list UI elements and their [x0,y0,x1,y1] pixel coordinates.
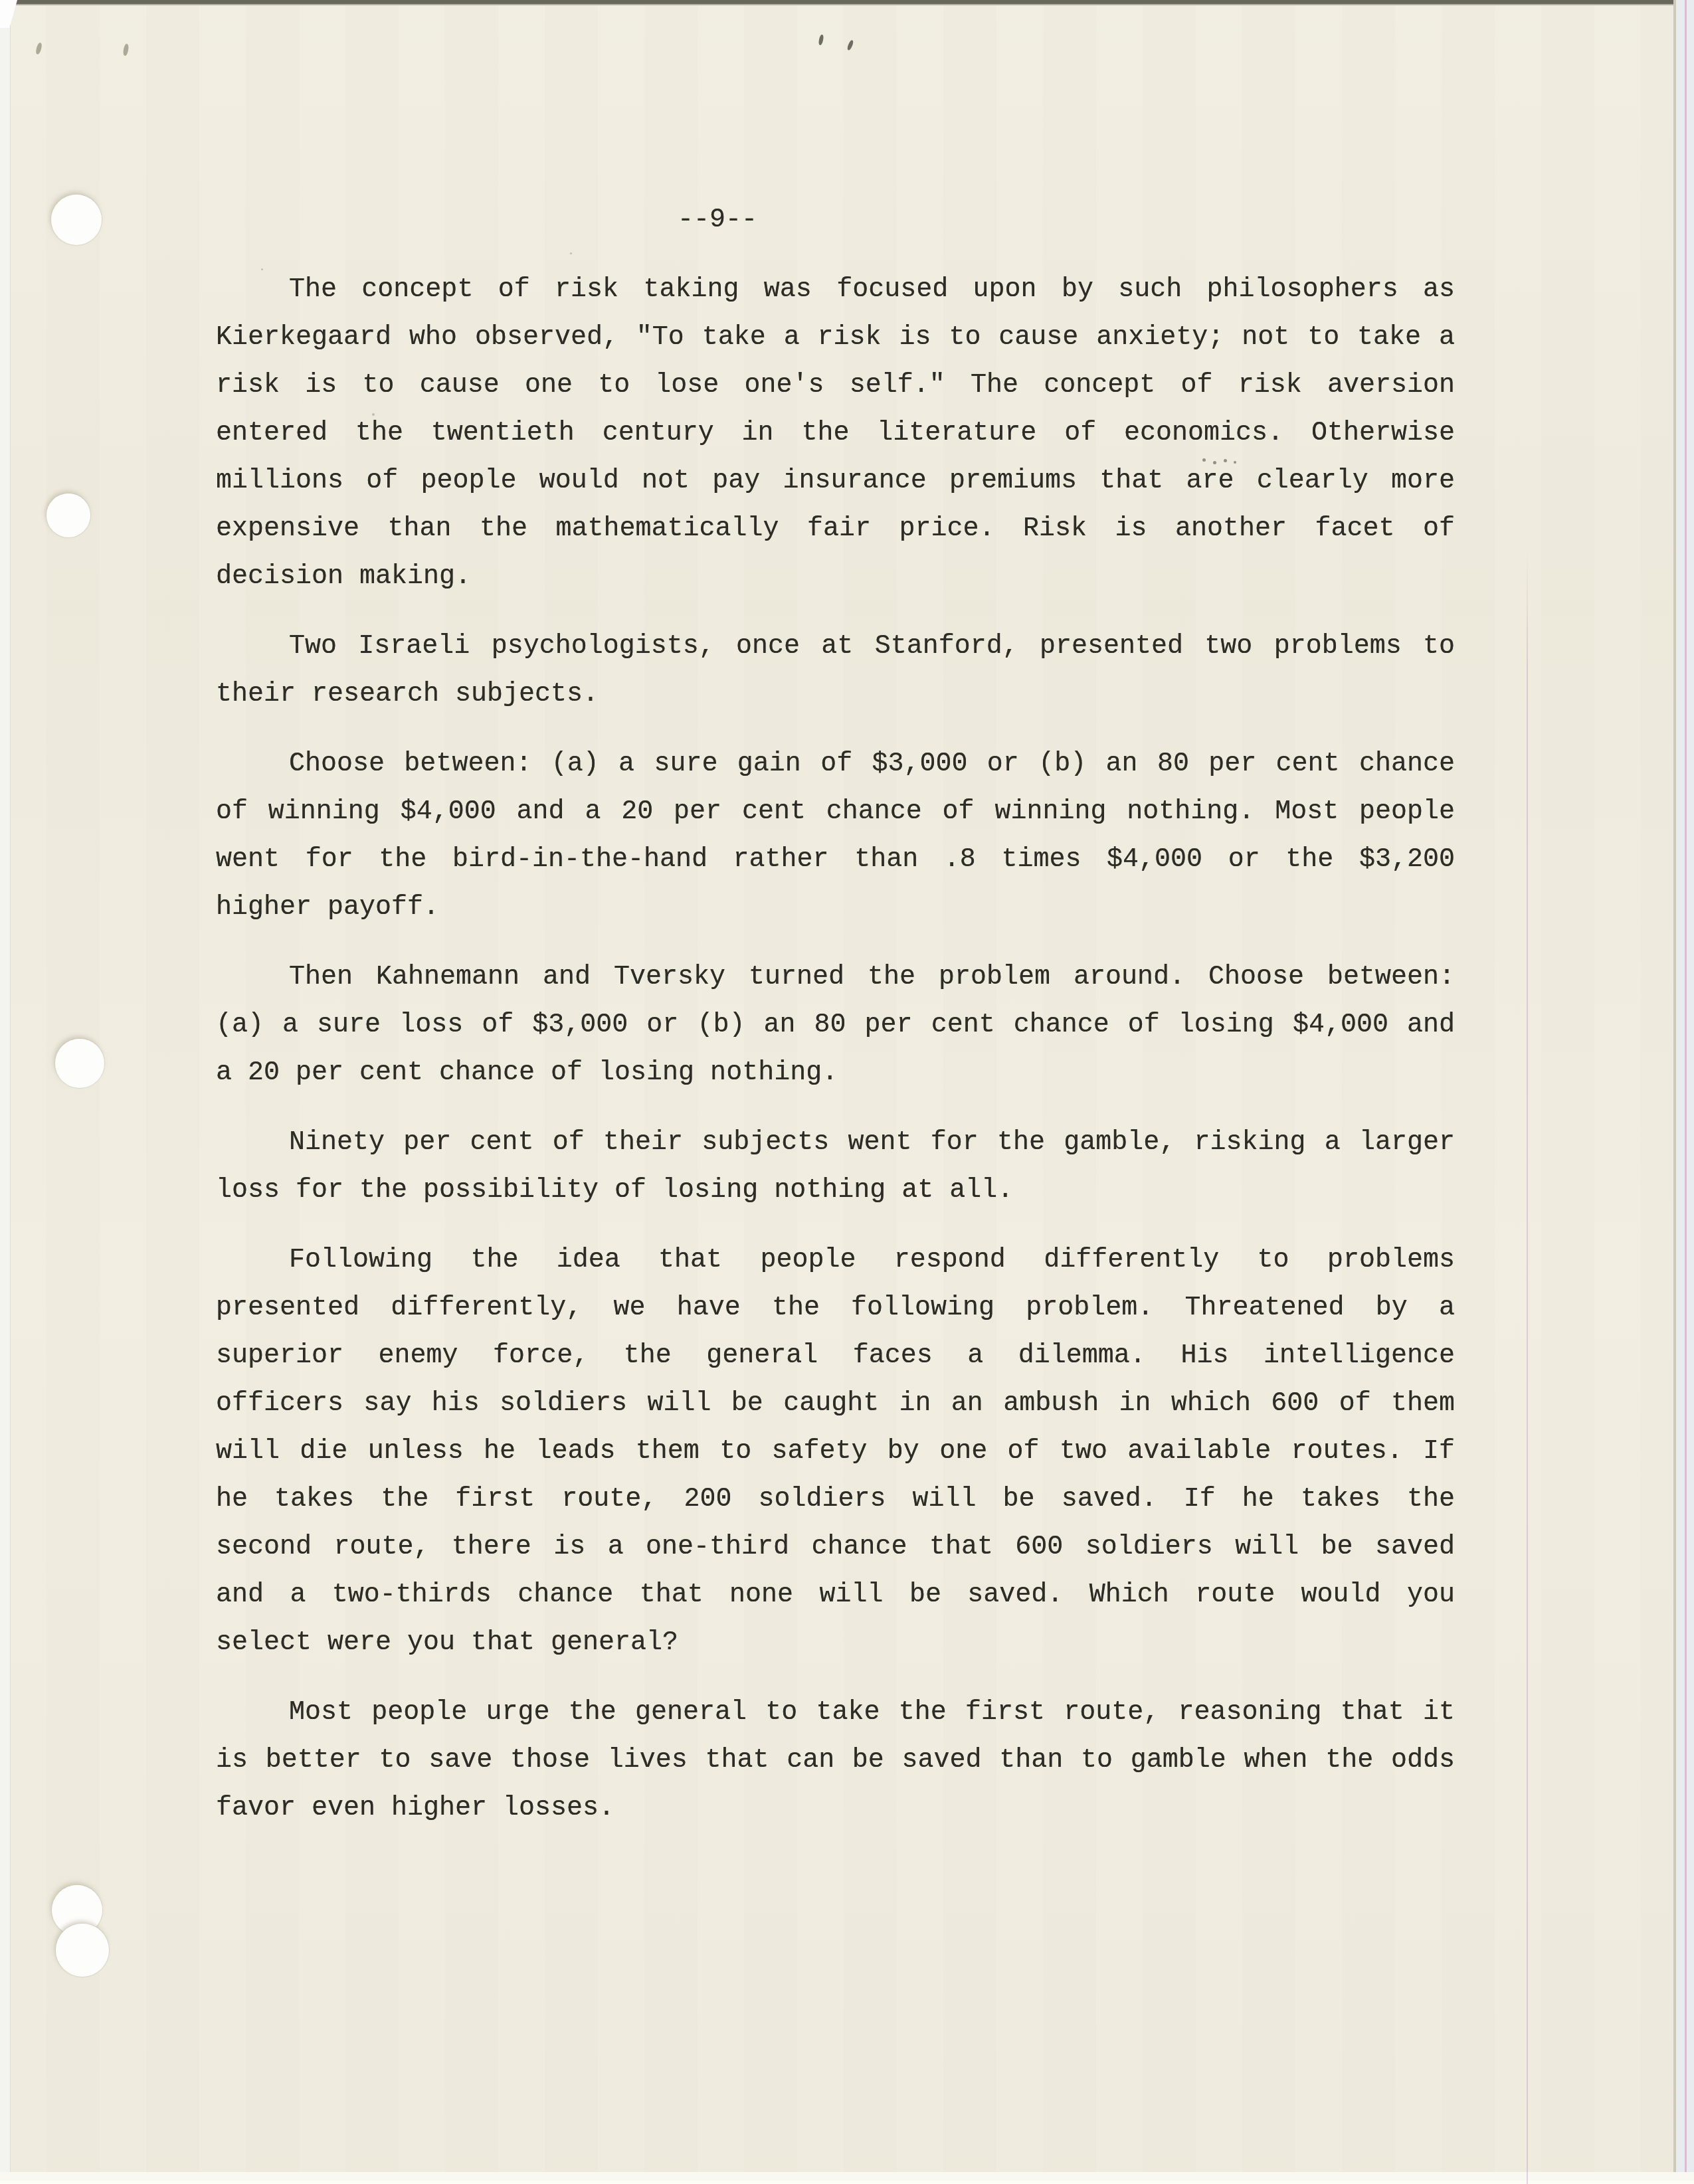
text-line: millions of people would not pay insuran… [216,458,1455,505]
paragraph: Following the idea that people respond d… [216,1237,1455,1667]
scanned-typewritten-page: --9-- The concept of risk taking was foc… [0,0,1694,2184]
text-line: Following the idea that people respond d… [216,1237,1455,1285]
paragraph: Choose between: (a) a sure gain of $3,00… [216,741,1455,932]
text-line: of winning $4,000 and a 20 per cent chan… [216,788,1455,836]
text-line: Ninety per cent of their subjects went f… [216,1119,1455,1167]
document-body: The concept of risk taking was focused u… [216,266,1455,1855]
hole-punch [47,494,90,537]
hole-punch [51,195,102,245]
text-line: entered the twentieth century in the lit… [216,410,1455,458]
paper-blemish [818,35,824,46]
text-line: superior enemy force, the general faces … [216,1332,1455,1380]
text-line: decision making. [216,553,1455,601]
text-line: expensive than the mathematically fair p… [216,505,1455,553]
text-line: second route, there is a one-third chanc… [216,1524,1455,1572]
paper-speck [570,252,572,254]
text-line: higher payoff. [216,884,1455,932]
text-line: The concept of risk taking was focused u… [216,266,1455,314]
text-line: (a) a sure loss of $3,000 or (b) an 80 p… [216,1002,1455,1049]
scan-corner-notch [0,0,17,28]
text-line: loss for the possibility of losing nothi… [216,1167,1455,1215]
scan-top-edge-shade [0,4,1694,5]
text-line: a 20 per cent chance of losing nothing. [216,1049,1455,1097]
hole-punch [55,1039,104,1088]
text-line: is better to save those lives that can b… [216,1737,1455,1785]
text-line: favor even higher losses. [216,1785,1455,1833]
text-line: and a two-thirds chance that none will b… [216,1572,1455,1619]
text-line: went for the bird-in-the-hand rather tha… [216,836,1455,884]
paper-blemish [122,44,129,56]
paper-blemish [35,42,43,54]
text-line: Most people urge the general to take the… [216,1689,1455,1737]
hole-punch [56,1924,109,1977]
paragraph: The concept of risk taking was focused u… [216,266,1455,601]
text-line: Then Kahnemann and Tversky turned the pr… [216,954,1455,1002]
paper-blemish [846,39,854,50]
paragraph: Most people urge the general to take the… [216,1689,1455,1833]
text-line: Two Israeli psychologists, once at Stanf… [216,623,1455,671]
text-line: he takes the first route, 200 soldiers w… [216,1476,1455,1524]
scan-bottom-edge-highlight [0,2181,1694,2184]
paragraph: Then Kahnemann and Tversky turned the pr… [216,954,1455,1097]
text-line: presented differently, we have the follo… [216,1285,1455,1332]
paragraph: Two Israeli psychologists, once at Stanf… [216,623,1455,719]
text-line: their research subjects. [216,671,1455,719]
vertical-crease-line [1527,551,1528,2184]
text-line: Choose between: (a) a sure gain of $3,00… [216,741,1455,788]
text-line: will die unless he leads them to safety … [216,1428,1455,1476]
text-line: risk is to cause one to lose one's self.… [216,362,1455,410]
text-line: officers say his soldiers will be caught… [216,1380,1455,1428]
text-line: Kierkegaard who observed, "To take a ris… [216,314,1455,362]
paragraph: Ninety per cent of their subjects went f… [216,1119,1455,1215]
page-number: --9-- [678,197,757,244]
scan-left-edge [0,0,11,2184]
text-line: select were you that general? [216,1619,1455,1667]
scanner-margin-line [1685,0,1687,2184]
